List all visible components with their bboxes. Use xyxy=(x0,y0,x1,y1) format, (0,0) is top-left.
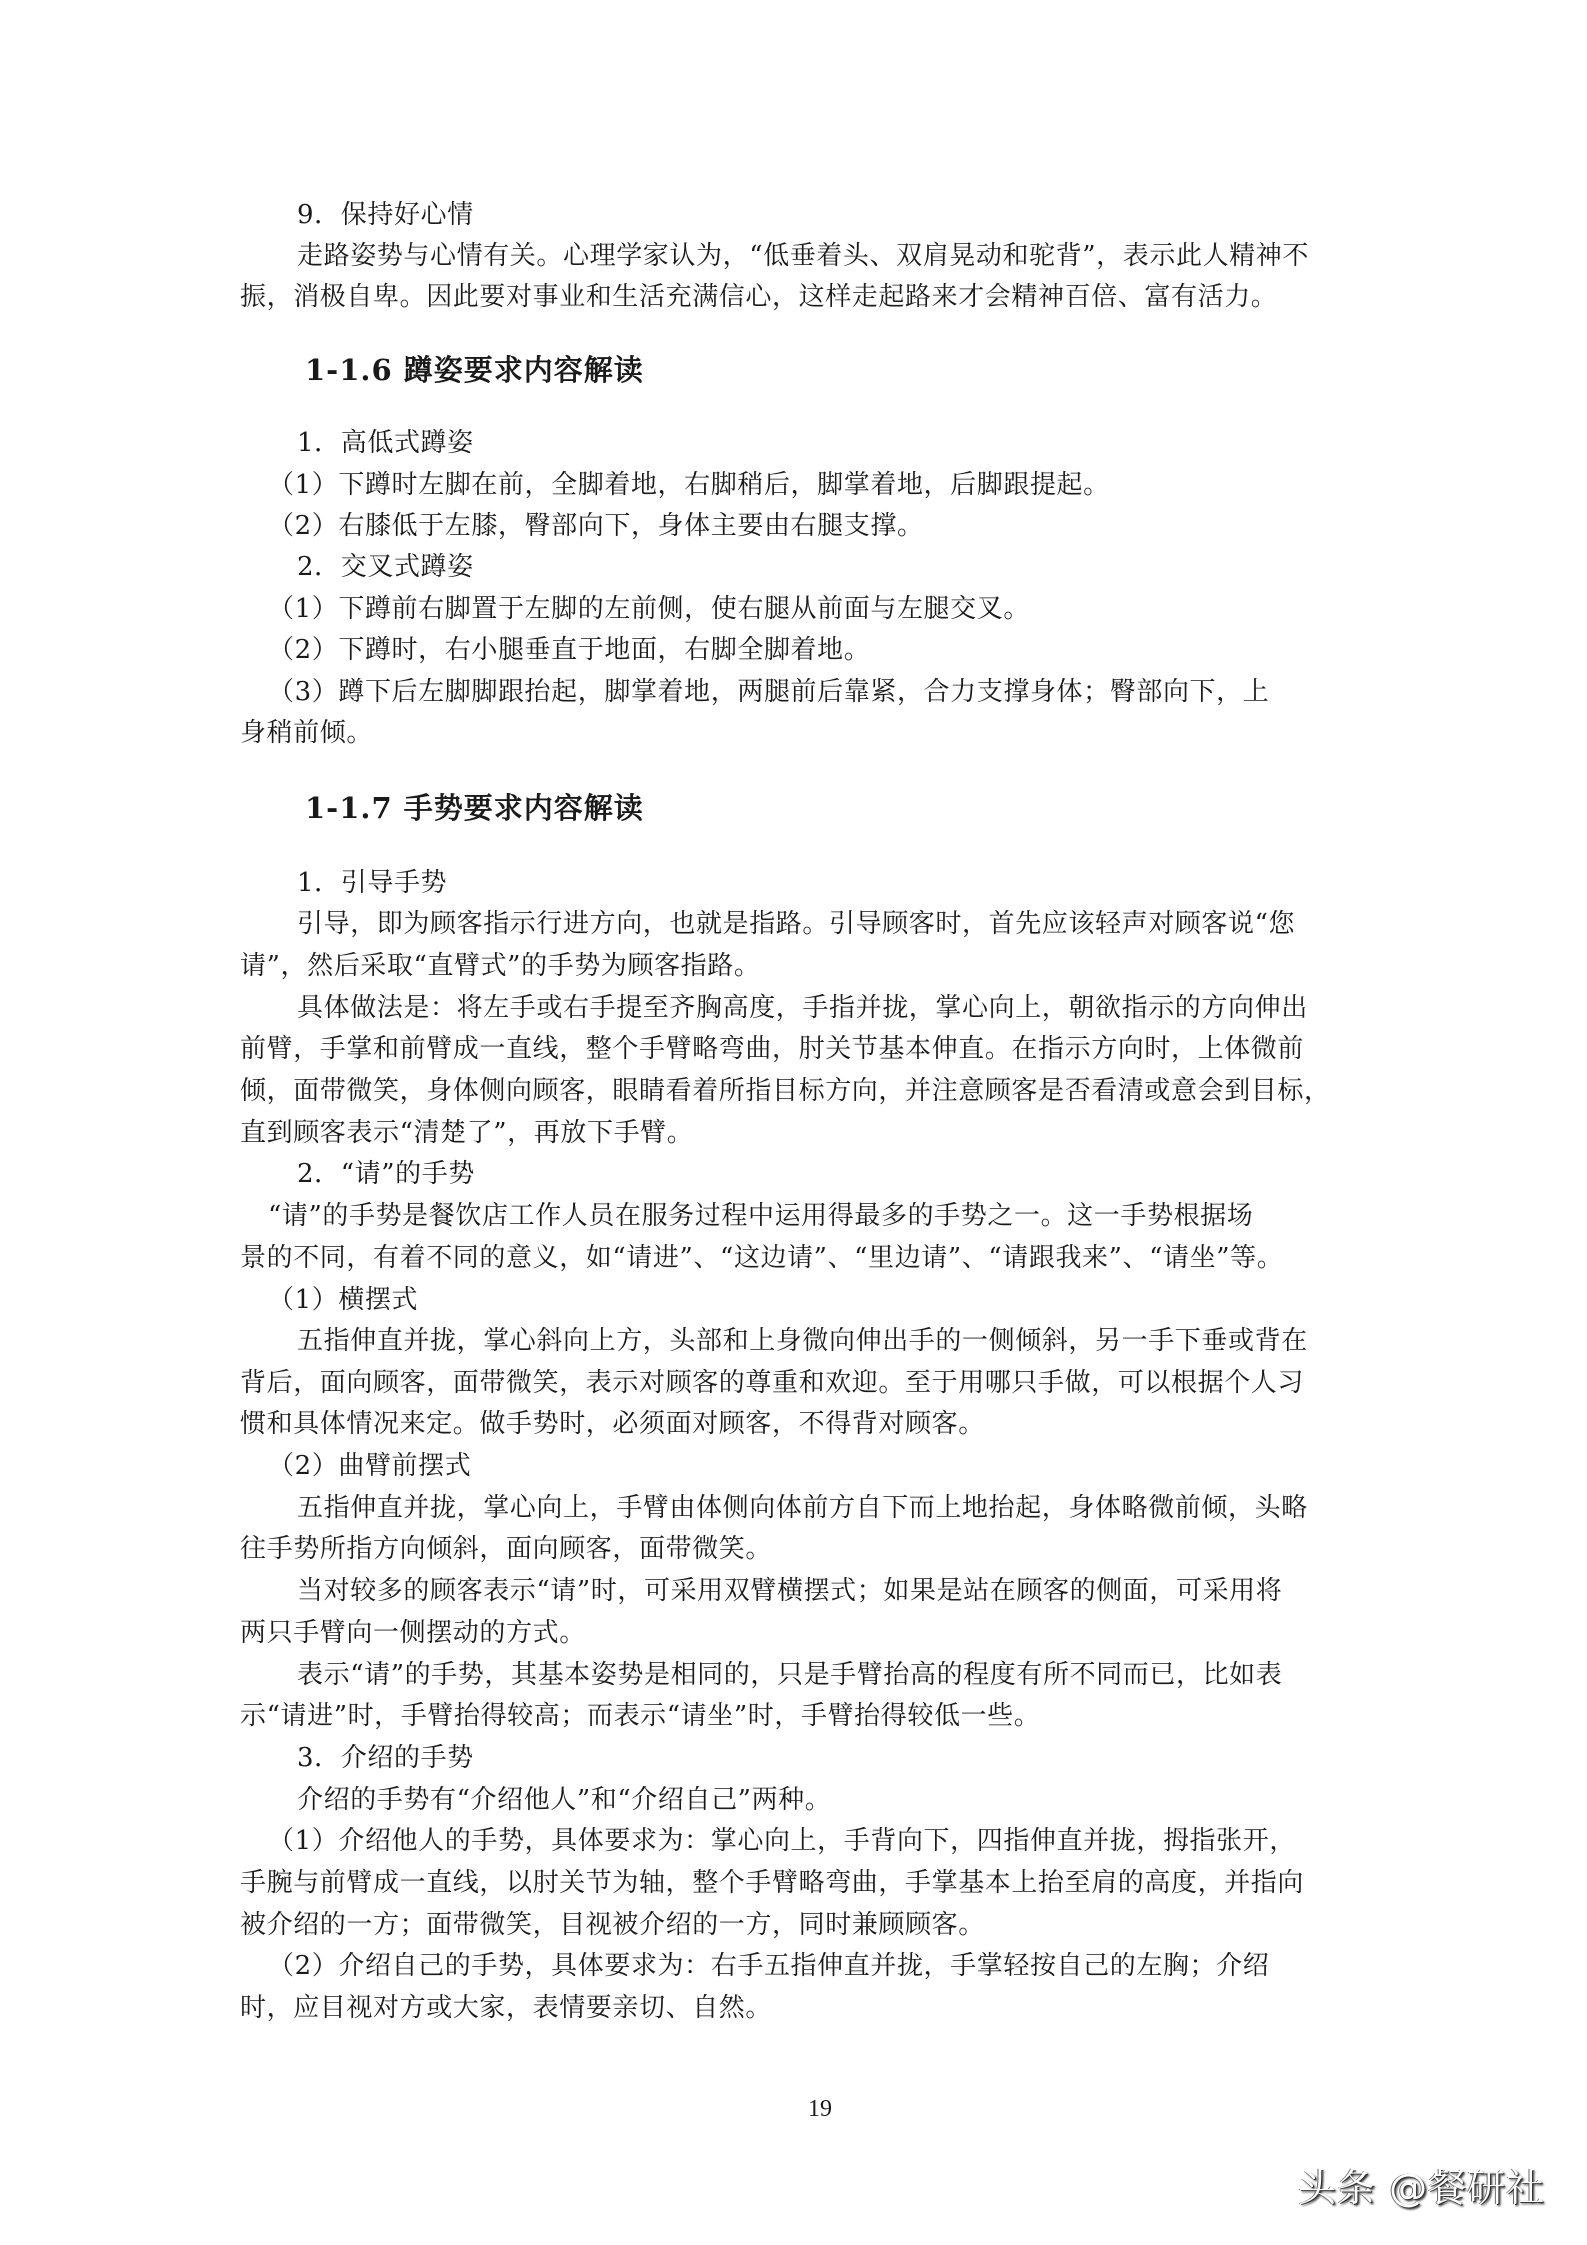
body-text-line: “请”的手势是餐饮店工作人员在服务过程中运用得最多的手势之一。这一手势根据场 xyxy=(268,1199,1346,1233)
body-text-line: 引导，即为顾客指示行进方向，也就是指路。引导顾客时，首先应该轻声对顾客说“您 xyxy=(297,907,1346,941)
subheading-horizontal-swing: （1）横摆式 xyxy=(268,1283,1346,1317)
body-text-line: 五指伸直并拢，掌心向上，手臂由体侧向体前方自下而上地抬起，身体略微前倾，头略 xyxy=(297,1491,1346,1525)
body-text-line: 直到顾客表示“清楚了”，再放下手臂。 xyxy=(240,1116,1346,1150)
subheading-bent-arm-swing: （2）曲臂前摆式 xyxy=(268,1449,1346,1483)
body-text-line: （2）下蹲时，右小腿垂直于地面，右脚全脚着地。 xyxy=(268,633,1346,667)
subheading-cross-squat: 2．交叉式蹲姿 xyxy=(297,550,1346,584)
subheading-please-gesture: 2．“请”的手势 xyxy=(297,1157,1346,1191)
subheading-guiding-gesture: 1．引导手势 xyxy=(297,866,1346,900)
page-number: 19 xyxy=(808,2094,832,2124)
body-text-line: （2）右膝低于左膝，臀部向下，身体主要由右腿支撑。 xyxy=(268,509,1346,543)
body-text-line: （1）下蹲前右脚置于左脚的左前侧，使右腿从前面与左腿交叉。 xyxy=(268,592,1346,626)
body-text-line: 五指伸直并拢，掌心斜向上方，头部和上身微向伸出手的一侧倾斜，另一手下垂或背在 xyxy=(297,1324,1346,1358)
body-text-line: （1）下蹲时左脚在前，全脚着地，右脚稍后，脚掌着地，后脚跟提起。 xyxy=(268,468,1346,502)
body-text-line: 示“请进”时，手臂抬得较高；而表示“请坐”时，手臂抬得较低一些。 xyxy=(240,1699,1346,1733)
subheading-keep-good-mood: 9．保持好心情 xyxy=(297,198,1346,232)
body-text-line: 倾，面带微笑，身体侧向顾客，眼睛看着所指目标方向，并注意顾客是否看清或意会到目标… xyxy=(240,1074,1346,1108)
body-text-line: 前臂，手掌和前臂成一直线，整个手臂略弯曲，肘关节基本伸直。在指示方向时，上体微前 xyxy=(240,1032,1346,1066)
subheading-introduction-gesture: 3．介绍的手势 xyxy=(297,1741,1346,1775)
body-text-line: （3）蹲下后左脚脚跟抬起，脚掌着地，两腿前后靠紧，合力支撑身体；臀部向下，上 xyxy=(268,675,1346,709)
body-text-line: 被介绍的一方；面带微笑，目视被介绍的一方，同时兼顾顾客。 xyxy=(240,1908,1346,1942)
body-text-line: 时，应目视对方或大家，表情要亲切、自然。 xyxy=(240,1991,1346,2025)
body-text-line: 具体做法是：将左手或右手提至齐胸高度，手指并拢，掌心向上，朝欲指示的方向伸出 xyxy=(297,991,1346,1025)
body-text-line: 惯和具体情况来定。做手势时，必须面对顾客，不得背对顾客。 xyxy=(240,1407,1346,1441)
section-heading-squat-posture: 1-1.6 蹲姿要求内容解读 xyxy=(305,352,644,388)
body-text-line: 振，消极自卑。因此要对事业和生活充满信心，这样走起路来才会精神百倍、富有活力。 xyxy=(240,280,1346,314)
body-text-line: 往手势所指方向倾斜，面向顾客，面带微笑。 xyxy=(240,1532,1346,1566)
body-text-line: 走路姿势与心情有关。心理学家认为，“低垂着头、双肩晃动和驼背”，表示此人精神不 xyxy=(297,239,1346,273)
body-text-line: 手腕与前臂成一直线，以肘关节为轴，整个手臂略弯曲，手掌基本上抬至肩的高度，并指向 xyxy=(240,1866,1346,1900)
body-text-line: 两只手臂向一侧摆动的方式。 xyxy=(240,1616,1346,1650)
body-text-line: （2）介绍自己的手势，具体要求为：右手五指伸直并拢，手掌轻按自己的左胸；介绍 xyxy=(268,1949,1346,1983)
body-text-line: 背后，面向顾客，面带微笑，表示对顾客的尊重和欢迎。至于用哪只手做，可以根据个人习 xyxy=(240,1366,1346,1400)
body-text-line: 介绍的手势有“介绍他人”和“介绍自己”两种。 xyxy=(297,1783,1346,1817)
document-page: 9．保持好心情 走路姿势与心情有关。心理学家认为，“低垂着头、双肩晃动和驼背”，… xyxy=(0,0,1587,2245)
subheading-high-low-squat: 1．高低式蹲姿 xyxy=(297,426,1346,460)
body-text-line: 表示“请”的手势，其基本姿势是相同的，只是手臂抬高的程度有所不同而已，比如表 xyxy=(297,1658,1346,1692)
body-text-line: 当对较多的顾客表示“请”时，可采用双臂横摆式；如果是站在顾客的侧面，可采用将 xyxy=(297,1574,1346,1608)
body-text-line: （1）介绍他人的手势，具体要求为：掌心向上，手背向下，四指伸直并拢，拇指张开， xyxy=(268,1824,1346,1858)
body-text-line: 景的不同，有着不同的意义，如“请进”、“这边请”、“里边请”、“请跟我来”、“请… xyxy=(240,1241,1346,1275)
body-text-line: 请”，然后采取“直臂式”的手势为顾客指路。 xyxy=(240,949,1346,983)
body-text-line: 身稍前倾。 xyxy=(240,716,1346,750)
watermark: 头条 @餐研社 xyxy=(1298,2165,1545,2211)
section-heading-hand-gestures: 1-1.7 手势要求内容解读 xyxy=(305,790,644,826)
